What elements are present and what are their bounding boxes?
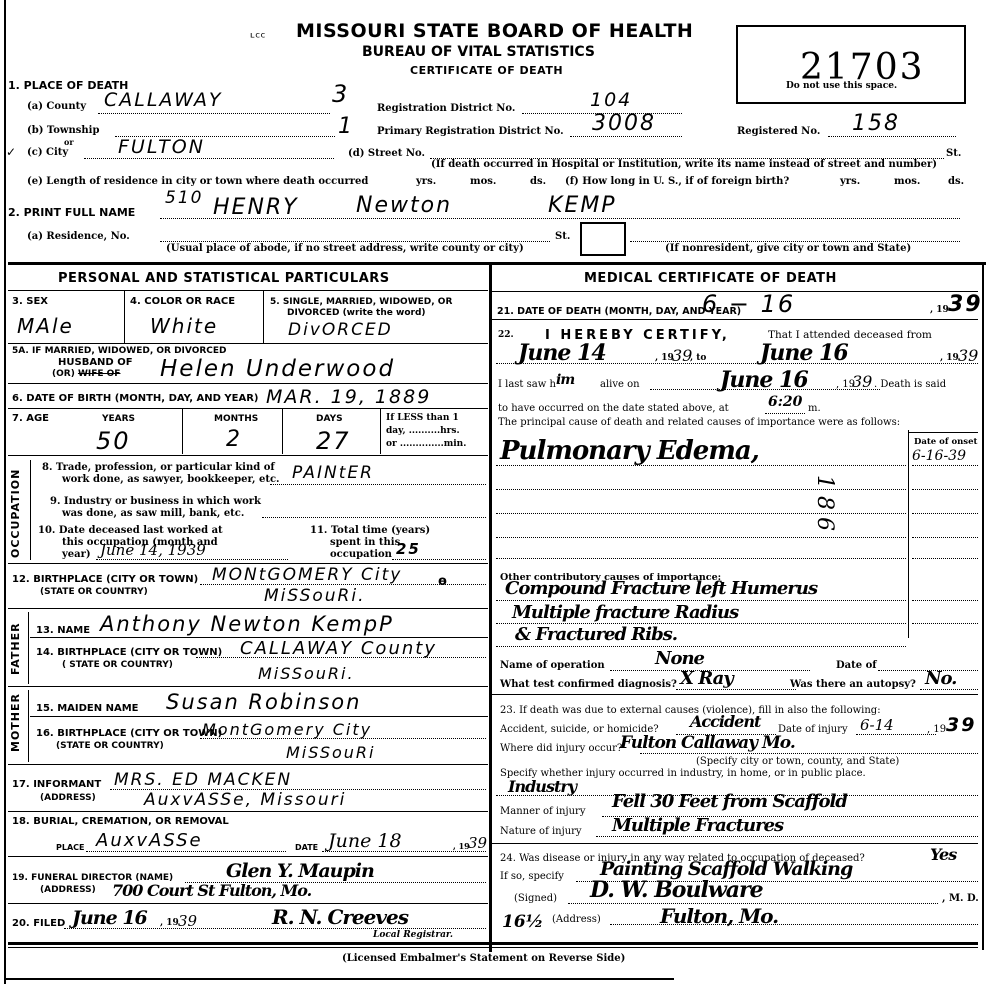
other-cause-line-1 — [496, 600, 906, 601]
specify-2-label: If so, specify — [500, 871, 564, 882]
informant-address-value: AuxvASSe, Missouri — [144, 790, 346, 810]
less-label-1: If LESS than 1 — [386, 413, 459, 423]
registered-number-line — [828, 136, 956, 137]
where-label: Where did injury occur? — [500, 743, 622, 754]
total-time-label-1: 11. Total time (years) — [310, 525, 430, 536]
days-value: 27 — [316, 427, 351, 455]
middle-name-value: Newton — [356, 193, 452, 218]
spouse-label-3: (OR) WIFE OF — [52, 369, 120, 379]
form-name: CERTIFICATE OF DEATH — [410, 64, 563, 77]
nature-line — [596, 836, 978, 837]
manner-value: Fell 30 Feet from Scaffold — [612, 791, 847, 812]
township-label: (b) Township — [27, 125, 99, 136]
row-19-line — [8, 903, 488, 904]
first-name-value: HENRY — [213, 195, 299, 220]
margin-mark: 16½ — [502, 912, 543, 932]
funeral-address-value: 700 Court St Fulton, Mo. — [112, 881, 311, 900]
row-21-line — [492, 319, 978, 320]
where-note: (Specify city or town, county, and State… — [696, 756, 899, 767]
industry-line — [262, 517, 486, 518]
test-label: What test confirmed diagnosis? — [500, 679, 677, 690]
attended-to-value: June 16 — [760, 340, 848, 366]
residence-length-label: (e) Length of residence in city or town … — [27, 176, 368, 187]
informant-label: 17. INFORMANT — [12, 779, 101, 790]
dob-label: 6. DATE OF BIRTH (MONTH, DAY, AND YEAR) — [12, 393, 259, 404]
test-line — [676, 689, 796, 690]
father-birthplace-city: CALLAWAY County — [240, 638, 437, 659]
race-value: White — [150, 314, 218, 338]
county-line — [98, 113, 330, 114]
footer-bottom-line — [4, 978, 674, 980]
burial-place-label: PLACE — [56, 843, 85, 852]
township-code: 1 — [338, 114, 354, 139]
less-label-2: day, ..........hrs. — [386, 426, 460, 436]
residence-label: (a) Residence, No. — [27, 231, 130, 242]
birthplace-mark: ɵ — [438, 574, 447, 589]
city-value: FULTON — [118, 136, 205, 158]
section-divider-top — [8, 262, 986, 265]
father-side-divider — [28, 612, 29, 684]
where-line — [640, 753, 978, 754]
row-3-line — [8, 343, 488, 344]
cause-line-1 — [496, 465, 906, 466]
nature-value: Multiple Fractures — [612, 815, 783, 836]
occurred-time: 6:20 — [768, 394, 802, 410]
md-suffix: , M. D. — [942, 893, 979, 904]
attended-from-year-prefix: , 19 — [655, 353, 674, 363]
months-label: MONTHS — [214, 414, 258, 424]
sex-race-divider — [124, 291, 125, 343]
row-18-line — [8, 856, 488, 857]
cause-line-2 — [496, 489, 906, 490]
occupation-related-value: Yes — [930, 845, 956, 864]
foreign-birth-label: (f) How long in U. S., if of foreign bir… — [565, 176, 789, 187]
autopsy-line — [920, 689, 978, 690]
row-5a-line — [8, 383, 488, 384]
row-17-line — [8, 811, 488, 812]
physician-address-label: (Address) — [552, 914, 601, 925]
burial-label: 18. BURIAL, CREMATION, OR REMOVAL — [12, 816, 229, 827]
burial-date-label: DATE — [295, 843, 318, 852]
test-value: X Ray — [680, 668, 733, 689]
mother-side-label: MOTHER — [9, 693, 22, 752]
county-value: CALLAWAY — [104, 89, 223, 111]
total-time-value: 25 — [396, 540, 421, 558]
other-cause-3: & Fractured Ribs. — [515, 624, 677, 645]
mother-birthplace-state: MiSSouRi — [286, 743, 375, 762]
residence-street-suffix: St. — [555, 231, 570, 242]
attended-to-year: 39 — [958, 346, 978, 365]
attended-from-value: June 14 — [518, 340, 606, 366]
onset-line-3 — [912, 513, 978, 514]
dob-value: MAR. 19, 1889 — [266, 386, 431, 408]
primary-registration-line — [570, 136, 682, 137]
specify-value: Industry — [508, 777, 576, 796]
injury-year: 39 — [946, 714, 976, 736]
row-mother-line — [8, 764, 488, 765]
age-label: 7. AGE — [12, 413, 49, 424]
registration-district-label: Registration District No. — [377, 103, 515, 114]
burial-year-value: 39 — [468, 834, 487, 852]
check-mark: ✓ — [6, 145, 16, 159]
footer-line-2 — [8, 947, 978, 948]
operation-value: None — [655, 648, 704, 669]
filed-year-prefix: , 19 — [160, 918, 179, 928]
cause-label: The principal cause of death and related… — [498, 417, 900, 428]
mother-maiden-value: Susan Robinson — [166, 690, 361, 714]
mother-birthplace-label-2: (STATE OR COUNTRY) — [56, 741, 164, 751]
informant-name-value: MRS. ED MACKEN — [114, 770, 292, 790]
trade-label-1: 8. Trade, profession, or particular kind… — [42, 462, 275, 473]
age-divider-3 — [380, 409, 381, 454]
date-of-death-year-prefix: , 19 — [930, 305, 949, 315]
last-saw-date: June 16 — [720, 367, 808, 393]
foreign-years: yrs. — [840, 176, 860, 187]
row-22-line — [492, 694, 978, 695]
informant-address-label: (ADDRESS) — [40, 793, 96, 803]
operation-date-label: Date of — [836, 660, 877, 671]
last-worked-value: June 14, 1939 — [100, 541, 206, 559]
marital-label-2: DIVORCED (write the word) — [287, 308, 426, 318]
row-occupation-line — [8, 563, 488, 564]
total-time-line — [392, 559, 486, 560]
county-code: 3 — [332, 80, 349, 108]
nonresident-line — [630, 241, 960, 242]
row-12-line — [8, 608, 488, 609]
margin-note: 1 8 6 — [812, 475, 837, 531]
autopsy-label: Was there an autopsy? — [790, 679, 916, 690]
total-time-label-3: occupation — [330, 549, 392, 560]
last-saw-year: 39 — [852, 372, 872, 391]
age-divider-1 — [182, 409, 183, 454]
birthplace-city-value: MONtGOMERY City — [212, 565, 402, 585]
occupation-side-divider — [30, 460, 31, 560]
age-divider-2 — [282, 409, 283, 454]
industry-label-2: was done, as saw mill, bank, etc. — [62, 508, 244, 519]
occupation-side-label: OCCUPATION — [9, 469, 22, 558]
mother-birthplace-city: MontGomery City — [202, 720, 372, 739]
foreign-days: ds. — [948, 176, 964, 187]
personal-heading-line — [8, 290, 488, 291]
race-marital-divider — [263, 291, 264, 343]
sex-value: MAle — [17, 314, 74, 338]
page-right-border — [982, 262, 984, 950]
onset-line-5 — [912, 558, 978, 559]
city-line — [84, 158, 334, 159]
total-time-label-2: spent in this — [330, 537, 400, 548]
accident-value: Accident — [690, 712, 760, 731]
certificate-note: Do not use this space. — [786, 81, 897, 91]
marital-label-1: 5. SINGLE, MARRIED, WIDOWED, OR — [270, 297, 452, 307]
trade-line — [270, 484, 486, 485]
full-name-label: 2. PRINT FULL NAME — [8, 206, 135, 219]
injury-year-prefix: , 19 — [927, 724, 946, 735]
attended-to-label: , to — [690, 353, 706, 363]
physician-address-value: Fulton, Mo. — [660, 904, 778, 928]
trade-value: PAINtER — [292, 463, 374, 483]
residence-line — [160, 241, 550, 242]
injury-date-line — [856, 734, 936, 735]
onset-label: Date of onset — [914, 437, 977, 447]
onset-divider — [908, 430, 909, 638]
operation-label: Name of operation — [500, 660, 605, 671]
street-note: (If death occurred in Hospital or Instit… — [431, 159, 937, 170]
primary-registration-value: 3008 — [592, 111, 656, 136]
street-suffix: St. — [946, 148, 961, 159]
filed-year-value: 39 — [178, 912, 197, 930]
marital-value: DivORCED — [288, 320, 393, 340]
last-worked-line — [96, 559, 288, 560]
father-birthplace-label-1: 14. BIRTHPLACE (CITY OR TOWN) — [36, 647, 222, 658]
injury-date-value: 6-14 — [860, 716, 894, 734]
last-worked-label-3: year) — [62, 549, 91, 560]
onset-line-2 — [912, 489, 978, 490]
father-birthplace-label-2: ( STATE OR COUNTRY) — [62, 660, 173, 670]
row-6-line — [8, 408, 488, 409]
years-label: YEARS — [102, 414, 135, 424]
name-prefix-note: 510 — [165, 188, 203, 208]
spouse-label-2: HUSBAND OF — [58, 357, 133, 368]
registrar-signature: R. N. Creeves — [272, 905, 408, 929]
residence-box — [580, 222, 626, 256]
street-label: (d) Street No. — [348, 148, 425, 159]
autopsy-value: No. — [925, 668, 956, 689]
last-worked-label-1: 10. Date deceased last worked at — [38, 525, 223, 536]
physician-signature: D. W. Boulware — [590, 877, 763, 903]
certificate-number-box: 21703 Do not use this space. — [736, 25, 966, 104]
onset-line-7 — [912, 623, 978, 624]
corner-mark: ᶫᶜᶜ — [250, 30, 266, 46]
row-father-line — [8, 686, 488, 687]
mother-birthplace-label-1: 16. BIRTHPLACE (CITY OR TOWN) — [36, 728, 222, 739]
days-label: DAYS — [316, 414, 343, 424]
months-value: 2 — [226, 427, 242, 452]
mother-maiden-label: 15. MAIDEN NAME — [36, 703, 138, 714]
funeral-address-label: (ADDRESS) — [40, 885, 96, 895]
residence-days: ds. — [530, 176, 546, 187]
cause-line-4 — [496, 537, 906, 538]
filed-date-value: June 16 — [72, 907, 147, 929]
certify-number: 22. — [498, 330, 514, 340]
mother-side-divider — [28, 690, 29, 762]
cause-value: Pulmonary Edema, — [500, 436, 759, 466]
burial-date-value: June 18 — [328, 830, 402, 852]
spouse-label-1: 5A. IF MARRIED, WIDOWED, OR DIVORCED — [12, 346, 227, 356]
years-value: 50 — [96, 427, 131, 455]
father-side-label: FATHER — [9, 622, 22, 675]
signed-label: (Signed) — [514, 893, 557, 904]
onset-top-line — [908, 432, 978, 433]
other-cause-2: Multiple fracture Radius — [512, 602, 738, 623]
onset-line-6 — [912, 600, 978, 601]
row-23-line — [492, 843, 978, 844]
less-label-3: or ..............min. — [386, 439, 466, 449]
foreign-months: mos. — [894, 176, 920, 187]
burial-place-line — [86, 851, 286, 852]
date-of-death-year: 39 — [948, 292, 983, 317]
birthplace-state-value: MiSSouRi. — [264, 586, 365, 606]
registered-number-label: Registered No. — [737, 126, 820, 137]
birthplace-label-1: 12. BIRTHPLACE (CITY OR TOWN) — [12, 574, 198, 585]
attended-to-year-prefix: , 19 — [940, 353, 959, 363]
filed-label: 20. FILED — [12, 918, 65, 929]
footer-note: (Licensed Embalmer's Statement on Revers… — [342, 953, 625, 964]
other-cause-line-3 — [496, 646, 906, 647]
cause-line-3 — [496, 513, 906, 514]
medical-heading: MEDICAL CERTIFICATE OF DEATH — [584, 271, 837, 286]
other-cause-1: Compound Fracture left Humerus — [505, 578, 817, 599]
occurred-line — [765, 413, 805, 414]
father-name-label: 13. NAME — [36, 625, 90, 636]
onset-value: 6-16-39 — [912, 448, 966, 464]
residence-months: mos. — [470, 176, 496, 187]
residence-note: (Usual place of abode, if no street addr… — [166, 243, 524, 254]
race-label: 4. COLOR OR RACE — [130, 296, 235, 307]
alive-on-label: alive on — [600, 379, 640, 390]
death-said-label: . Death is said — [874, 379, 946, 390]
onset-line-1 — [912, 465, 978, 466]
onset-line-4 — [912, 537, 978, 538]
birthplace-label-2: (STATE OR COUNTRY) — [40, 587, 148, 597]
registrar-label: Local Registrar. — [373, 930, 453, 940]
primary-registration-label: Primary Registration District No. — [377, 126, 564, 137]
city-label: (c) City — [27, 147, 68, 158]
personal-heading: PERSONAL AND STATISTICAL PARTICULARS — [58, 271, 390, 286]
cause-line-5 — [496, 558, 906, 559]
trade-label-2: work done, as sawyer, bookkeeper, etc. — [62, 474, 280, 485]
registered-number-value: 158 — [852, 111, 900, 136]
last-saw-pronoun: im — [556, 372, 574, 388]
nonresident-note: (If nonresident, give city or town and S… — [665, 243, 911, 254]
residence-years: yrs. — [416, 176, 436, 187]
occurred-suffix: m. — [808, 403, 821, 414]
form-title: MISSOURI STATE BOARD OF HEALTH — [296, 20, 693, 42]
manner-label: Manner of injury — [500, 806, 585, 817]
industry-label-1: 9. Industry or business in which work — [50, 496, 261, 507]
funeral-director-name: Glen Y. Maupin — [226, 860, 374, 882]
column-divider — [489, 264, 492, 952]
sex-label: 3. SEX — [12, 296, 48, 307]
mother-maiden-line — [30, 716, 488, 717]
father-name-value: Anthony Newton KempP — [100, 612, 394, 636]
row-7-line — [8, 455, 488, 456]
last-saw-label: I last saw h — [498, 379, 556, 390]
occurred-label: to have occurred on the date stated abov… — [498, 403, 729, 414]
last-name-value: KEMP — [548, 193, 617, 218]
footer-line-1 — [8, 942, 978, 945]
form-subtitle: BUREAU OF VITAL STATISTICS — [362, 44, 595, 60]
date-of-death-value: 6 − 16 — [702, 290, 795, 318]
father-birthplace-state: MiSSouRi. — [258, 664, 355, 683]
spouse-value: Helen Underwood — [160, 356, 395, 382]
city-or-label: or — [64, 137, 74, 147]
where-value: Fulton Callaway Mo. — [620, 733, 795, 753]
burial-place-value: AuxvASSe — [96, 830, 203, 851]
county-label: (a) County — [27, 101, 86, 112]
nature-label: Nature of injury — [500, 826, 582, 837]
registration-district-value: 104 — [590, 89, 632, 111]
